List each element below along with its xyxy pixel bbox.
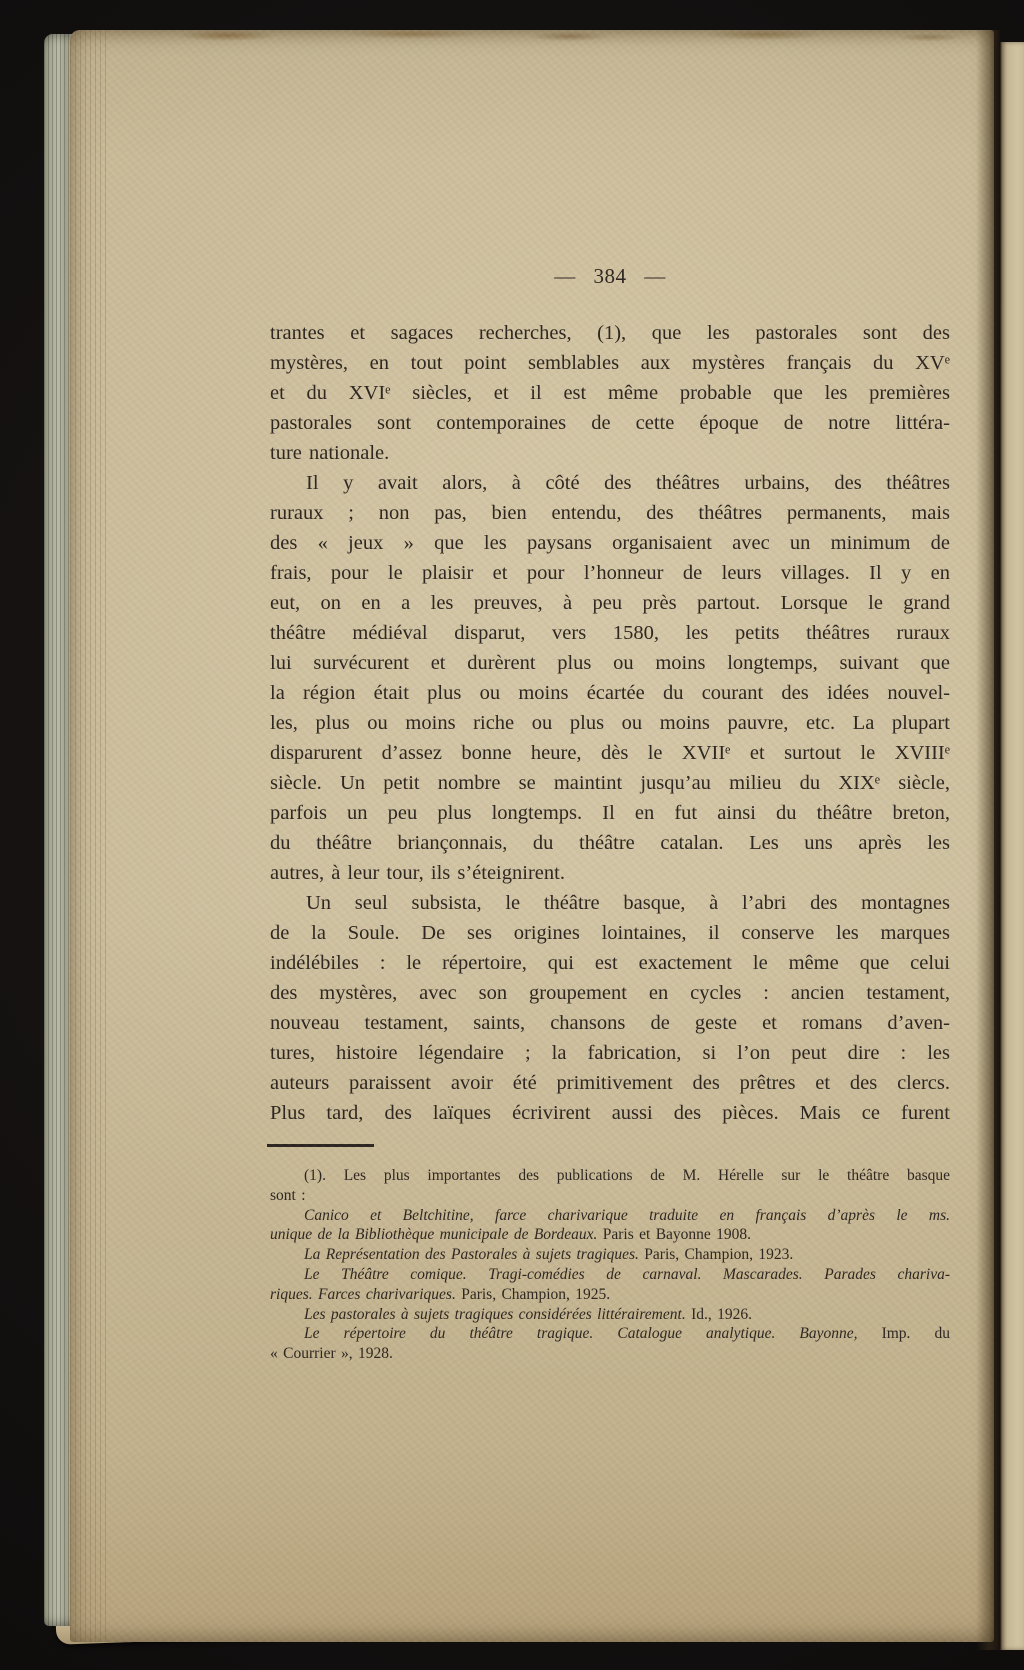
footnote-text-segment: Id., 1926. [686,1306,752,1323]
body-text-line: disparurent d’assez bonne heure, dès le … [270,738,950,768]
body-text-line: parfois un peu plus longtemps. Il en fut… [270,798,950,828]
body-text-line: des mystères, avec son groupement en cyc… [270,978,950,1008]
body-text-line: trantes et sagaces recherches, (1), que … [270,318,950,348]
footnote-title-segment: riques. Farces charivariques. [270,1286,456,1303]
body-text-line: les, plus ou moins riche ou plus ou moin… [270,708,950,738]
body-text: trantes et sagaces recherches, (1), que … [270,318,950,1128]
body-text-line: Plus tard, des laïques écrivirent aussi … [270,1098,950,1128]
body-text-line: Un seul subsista, le théâtre basque, à l… [270,888,950,918]
facing-page-edge [1000,42,1024,1650]
book-page: — 384 — trantes et sagaces recherches, (… [70,30,994,1642]
body-text-line: frais, pour le plaisir et pour l’honneur… [270,558,950,588]
footnote-text-segment: « Courrier », 1928. [270,1345,393,1362]
body-text-line: pastorales sont contemporaines de cette … [270,408,950,438]
body-text-line: eut, on en a les preuves, à peu près par… [270,588,950,618]
body-text-line: tures, histoire légendaire ; la fabricat… [270,1038,950,1068]
footnote-text-segment: Paris, Champion, 1925. [456,1286,610,1303]
body-text-line: auteurs paraissent avoir été primitiveme… [270,1068,950,1098]
footnote-line: Canico et Beltchitine, farce charivariqu… [270,1206,950,1226]
page-edge-lines [70,30,106,1642]
footnote: (1). Les plus importantes des publicatio… [270,1166,950,1364]
body-text-line: du théâtre briançonnais, du théâtre cata… [270,828,950,858]
footnote-text-segment: Imp. du [858,1325,951,1342]
body-text-line: ruraux ; non pas, bien entendu, des théâ… [270,498,950,528]
body-text-line: Il y avait alors, à côté des théâtres ur… [270,468,950,498]
footnote-title-segment: unique de la Bibliothèque municipale de … [270,1226,597,1243]
footnote-title-segment: La Représentation des Pastorales à sujet… [304,1246,639,1263]
body-text-line: autres, à leur tour, ils s’éteignirent. [270,858,950,888]
gutter-shadow [976,30,1000,1650]
body-text-line: nouveau testament, saints, chansons de g… [270,1008,950,1038]
text-column: — 384 — trantes et sagaces recherches, (… [270,30,950,1642]
body-text-line: de la Soule. De ses origines lointaines,… [270,918,950,948]
footnote-separator [267,1144,374,1147]
footnote-text-segment: Paris, Champion, 1923. [639,1246,793,1263]
footnote-line: sont : [270,1186,950,1206]
body-text-line: mystères, en tout point semblables aux m… [270,348,950,378]
body-text-line: des « jeux » que les paysans organisaien… [270,528,950,558]
body-text-line: théâtre médiéval disparut, vers 1580, le… [270,618,950,648]
body-text-line: indélébiles : le répertoire, qui est exa… [270,948,950,978]
body-text-line: lui survécurent et durèrent plus ou moin… [270,648,950,678]
body-text-line: siècle. Un petit nombre se maintint jusq… [270,768,950,798]
footnote-text-segment: sont : [270,1187,306,1204]
footnote-line: unique de la Bibliothèque municipale de … [270,1225,950,1245]
body-text-line: la région était plus ou moins écartée du… [270,678,950,708]
scan-backdrop: — 384 — trantes et sagaces recherches, (… [0,0,1024,1670]
footnote-line: Le Théâtre comique. Tragi-comédies de ca… [270,1265,950,1285]
footnote-line: Les pastorales à sujets tragiques consid… [270,1305,950,1325]
footnote-title-segment: Canico et Beltchitine, farce charivariqu… [304,1207,950,1224]
footnote-line: « Courrier », 1928. [270,1344,950,1364]
footnote-line: riques. Farces charivariques. Paris, Cha… [270,1285,950,1305]
page-number: — 384 — [270,264,950,289]
footnote-title-segment: Le répertoire du théâtre tragique. Catal… [304,1325,858,1342]
body-text-line: et du XVIᵉ siècles, et il est même proba… [270,378,950,408]
footnote-title-segment: Le Théâtre comique. Tragi-comédies de ca… [304,1266,950,1283]
body-text-line: ture nationale. [270,438,950,468]
footnote-text-segment: Paris et Bayonne 1908. [597,1226,751,1243]
footnote-line: Le répertoire du théâtre tragique. Catal… [270,1324,950,1344]
footnote-text-segment: (1). Les plus importantes des publicatio… [304,1167,950,1184]
footnote-title-segment: Les pastorales à sujets tragiques consid… [304,1306,686,1323]
footnote-line: La Représentation des Pastorales à sujet… [270,1245,950,1265]
footnote-line: (1). Les plus importantes des publicatio… [270,1166,950,1186]
